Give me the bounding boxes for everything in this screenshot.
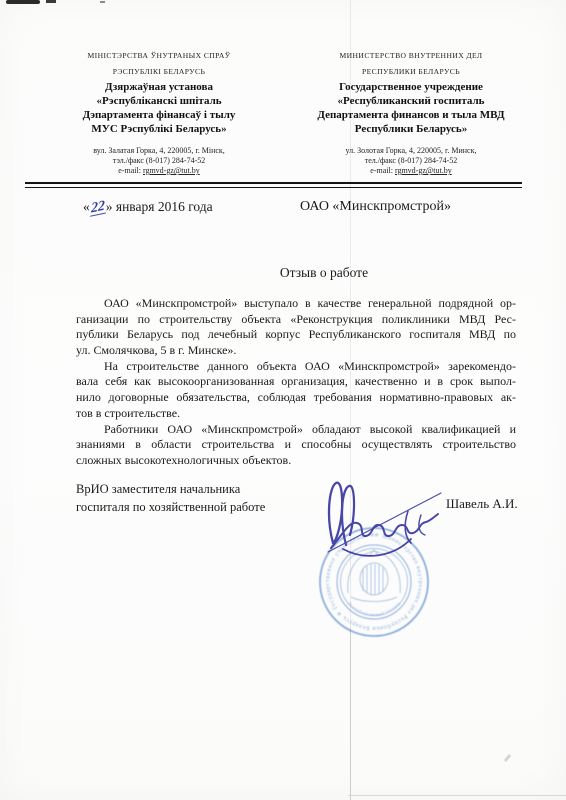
body-line: тов в строительстве.: [76, 406, 516, 422]
signer-name: Шавель А.И.: [446, 496, 518, 512]
address-be: вул. Залатая Горка, 4, 220005, г. Мінск,: [40, 146, 278, 156]
scan-artifact: [348, 795, 566, 796]
scan-artifact: [504, 754, 511, 762]
org-name-be-3: Дэпартамента фінансаў і тылу: [40, 108, 278, 122]
email-address-ru: rgmvd-gz@tut.by: [395, 166, 452, 175]
email-address-be: rgmvd-gz@tut.by: [143, 166, 200, 175]
org-name-ru-4: Республики Беларусь»: [292, 122, 530, 136]
handwritten-signature: [313, 471, 453, 573]
ministry-line-be-1: МІНІСТЭРСТВА ЎНУТРАНЫХ СПРАЎ: [40, 48, 278, 64]
scan-artifact: [46, 0, 56, 3]
body-line: нило договорные обязательства, соблюдая …: [76, 390, 516, 406]
ministry-line-ru-2: РЕСПУБЛИКИ БЕЛАРУСЬ: [292, 64, 530, 80]
body-line: знаниями в области строительства и спосо…: [76, 437, 516, 453]
scan-artifact: [6, 0, 40, 4]
body-line: На строительстве данного объекта ОАО «Ми…: [76, 359, 516, 375]
date-text: января 2016 года: [116, 199, 213, 214]
date-close-quote: »: [106, 199, 116, 214]
date-open-quote: «: [83, 199, 90, 214]
date-line: «22» января 2016 года: [83, 199, 213, 215]
handwritten-day: 22: [90, 200, 106, 217]
signer-position: ВрИО заместителя начальника госпиталя по…: [76, 481, 265, 516]
scan-artifact: [100, 1, 105, 3]
signer-position-line-1: ВрИО заместителя начальника: [76, 481, 265, 499]
letterhead-right-column: МИНИСТЕРСТВО ВНУТРЕННИХ ДЕЛ РЕСПУБЛИКИ Б…: [292, 48, 530, 176]
body-line: ул. Смолячкова, 5 в г. Минске».: [76, 343, 516, 359]
email-line-ru: e-mail: rgmvd-gz@tut.by: [292, 166, 530, 176]
email-line-be: e-mail: rgmvd-gz@tut.by: [40, 166, 278, 176]
ministry-line-be-2: РЭСПУБЛІКІ БЕЛАРУСЬ: [40, 64, 278, 80]
phone-be: тэл./факс (8-017) 284-74-52: [40, 156, 278, 166]
letterhead-left-column: МІНІСТЭРСТВА ЎНУТРАНЫХ СПРАЎ РЭСПУБЛІКІ …: [40, 48, 278, 176]
letterhead: МІНІСТЭРСТВА ЎНУТРАНЫХ СПРАЎ РЭСПУБЛІКІ …: [40, 48, 530, 176]
addressee: ОАО «Минскпромстрой»: [300, 199, 451, 215]
org-name-ru-3: Департамента финансов и тыла МВД: [292, 108, 530, 122]
letterhead-divider-rule: [25, 182, 522, 188]
document-title: Отзыв о работе: [76, 265, 544, 281]
body-line: вала себя как высокоорганизованная орган…: [76, 374, 516, 390]
body-line: ганизации по строительству объекта «Реко…: [76, 312, 516, 328]
phone-ru: тел./факс (8-017) 284-74-52: [292, 156, 530, 166]
body-line: ОАО «Минскпромстрой» выступало в качеств…: [76, 296, 516, 312]
body-line: публики Беларусь под лечебный корпус Рес…: [76, 327, 516, 343]
org-name-ru-1: Государственное учреждение: [292, 80, 530, 94]
email-label-ru: e-mail:: [370, 166, 395, 175]
email-label-be: e-mail:: [118, 166, 143, 175]
letter-body: ОАО «Минскпромстрой» выступало в качеств…: [76, 296, 516, 469]
org-name-be-2: «Рэспубліканскі шпіталь: [40, 94, 278, 108]
org-name-be-4: МУС Рэспублікі Беларусь»: [40, 122, 278, 136]
signer-position-line-2: госпиталя по хозяйственной работе: [76, 499, 265, 517]
body-line: Работники ОАО «Минскпромстрой» обладают …: [76, 422, 516, 438]
body-line: сложных высокотехнологичных объектов.: [76, 453, 516, 469]
address-ru: ул. Золотая Горка, 4, 220005, г. Минск,: [292, 146, 530, 156]
scanned-letter-page: МІНІСТЭРСТВА ЎНУТРАНЫХ СПРАЎ РЭСПУБЛІКІ …: [0, 0, 566, 800]
org-name-be-1: Дзяржаўная установа: [40, 80, 278, 94]
org-name-ru-2: «Республиканский госпиталь: [292, 94, 530, 108]
ministry-line-ru-1: МИНИСТЕРСТВО ВНУТРЕННИХ ДЕЛ: [292, 48, 530, 64]
